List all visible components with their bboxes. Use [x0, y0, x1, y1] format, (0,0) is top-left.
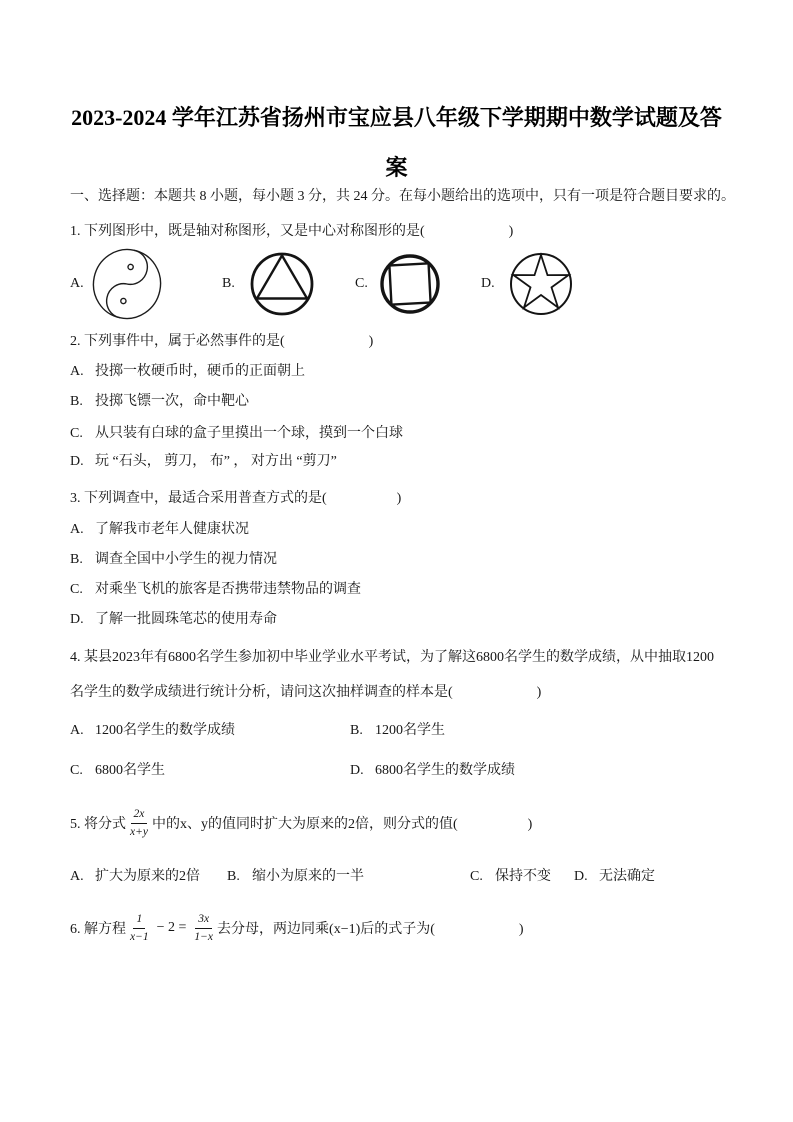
fraction-denominator: x−1 — [130, 929, 149, 944]
option-text: 6800名学生 — [95, 761, 165, 781]
q4-stem-line-1: 4. 某县2023年有6800名学生参加初中毕业学业水平考试，为了解这6800名… — [70, 648, 714, 668]
q3-option-c: C.对乘坐飞机的旅客是否携带违禁物品的调查 — [70, 580, 361, 600]
option-label: A. — [70, 362, 95, 382]
option-text: 了解我市老年人健康状况 — [95, 522, 249, 537]
option-text: 玩 “石头， 剪刀， 布” ， 对方出 “剪刀” — [95, 454, 337, 469]
q3-option-a: A.了解我市老年人健康状况 — [70, 520, 249, 540]
q1-options-row: A. B. C. — [70, 246, 573, 322]
q6-fraction-1: 1 x−1 — [130, 912, 149, 944]
q3-option-b: B.调查全国中小学生的视力情况 — [70, 550, 277, 570]
option-label: A. — [70, 721, 95, 741]
q6-stem-suffix: 去分母，两边同乘(x−1)后的式子为( ) — [217, 918, 524, 938]
q2-stem: 2. 下列事件中，属于必然事件的是( ) — [70, 332, 373, 352]
fraction-numerator: 1 — [133, 912, 145, 928]
option-text: 了解一批圆珠笔芯的使用寿命 — [95, 612, 277, 627]
q4-option-c: C.6800名学生 — [70, 761, 350, 781]
title-line-1: 2023-2024 学年江苏省扬州市宝应县八年级下学期期中数学试题及答 — [0, 93, 793, 143]
fraction-numerator: 3x — [195, 912, 212, 928]
q6-stem: 6. 解方程 1 x−1 − 2 = 3x 1−x 去分母，两边同乘(x−1)后… — [70, 911, 524, 945]
option-label: C. — [70, 424, 95, 444]
exam-document-page: 2023-2024 学年江苏省扬州市宝应县八年级下学期期中数学试题及答 案 一、… — [0, 0, 793, 1122]
q5-option-b: B.缩小为原来的一半 — [227, 867, 364, 887]
q1-option-a: A. — [70, 248, 162, 320]
option-label: A. — [70, 520, 95, 540]
title-line-2: 案 — [0, 143, 793, 193]
option-label: D. — [481, 276, 503, 292]
option-label: C. — [70, 761, 95, 781]
option-label: D. — [350, 761, 375, 781]
q3-stem: 3. 下列调查中，最适合采用普查方式的是( ) — [70, 489, 401, 509]
option-label: A. — [70, 276, 92, 292]
option-label: C. — [470, 867, 495, 887]
square-in-circle-icon — [380, 254, 440, 314]
option-text: 1200名学生 — [375, 721, 445, 741]
q2-option-a: A.投掷一枚硬币时，硬币的正面朝上 — [70, 362, 305, 382]
option-label: B. — [350, 721, 375, 741]
option-label: B. — [70, 392, 95, 412]
fraction-numerator: 2x — [131, 807, 148, 823]
option-label: B. — [70, 550, 95, 570]
option-text: 1200名学生的数学成绩 — [95, 721, 235, 741]
q6-stem-prefix: 6. 解方程 — [70, 918, 126, 938]
option-label: D. — [574, 867, 599, 887]
q4-options-grid: A.1200名学生的数学成绩 B.1200名学生 C.6800名学生 D.680… — [70, 721, 515, 781]
q5-fraction: 2x x+y — [130, 807, 148, 839]
q5-option-c: C.保持不变 — [470, 867, 551, 887]
triangle-in-circle-icon — [250, 252, 314, 316]
option-text: 保持不变 — [495, 867, 551, 887]
q5-options-row: A.扩大为原来的2倍 B.缩小为原来的一半 C.保持不变 D.无法确定 — [70, 867, 655, 887]
option-label: A. — [70, 867, 95, 887]
q1-option-c: C. — [355, 254, 440, 314]
option-label: C. — [355, 276, 377, 292]
taiji-yinyang-icon — [92, 248, 162, 320]
option-text: 扩大为原来的2倍 — [95, 867, 200, 887]
section-1-heading: 一、选择题：本题共 8 小题，每小题 3 分，共 24 分。在每小题给出的选项中… — [70, 187, 735, 207]
q6-fraction-2: 3x 1−x — [194, 912, 213, 944]
option-label: D. — [70, 610, 95, 630]
q2-option-d: D.玩 “石头， 剪刀， 布” ， 对方出 “剪刀” — [70, 452, 337, 472]
q2-option-b: B.投掷飞镖一次，命中靶心 — [70, 392, 249, 412]
star-in-circle-icon — [509, 252, 573, 316]
q1-option-b: B. — [222, 252, 314, 316]
option-label: D. — [70, 452, 95, 472]
option-label: B. — [227, 867, 252, 887]
option-text: 无法确定 — [599, 867, 655, 887]
q1-option-d: D. — [481, 252, 573, 316]
q4-stem-line-2: 名学生的数学成绩进行统计分析，请问这次抽样调查的样本是( ) — [70, 683, 541, 703]
option-text: 投掷飞镖一次，命中靶心 — [95, 394, 249, 409]
q6-equation-middle: − 2 = — [157, 920, 187, 936]
q4-option-b: B.1200名学生 — [350, 721, 515, 741]
q2-option-c: C.从只装有白球的盒子里摸出一个球，摸到一个白球 — [70, 424, 403, 444]
option-text: 对乘坐飞机的旅客是否携带违禁物品的调查 — [95, 582, 361, 597]
document-title: 2023-2024 学年江苏省扬州市宝应县八年级下学期期中数学试题及答 案 — [0, 93, 793, 193]
option-text: 投掷一枚硬币时，硬币的正面朝上 — [95, 364, 305, 379]
option-label: B. — [222, 276, 244, 292]
option-text: 调查全国中小学生的视力情况 — [95, 552, 277, 567]
q1-stem: 1. 下列图形中，既是轴对称图形，又是中心对称图形的是( ) — [70, 222, 513, 242]
option-text: 从只装有白球的盒子里摸出一个球，摸到一个白球 — [95, 426, 403, 441]
fraction-denominator: x+y — [130, 824, 148, 839]
q4-option-a: A.1200名学生的数学成绩 — [70, 721, 350, 741]
option-text: 6800名学生的数学成绩 — [375, 761, 515, 781]
q3-option-d: D.了解一批圆珠笔芯的使用寿命 — [70, 610, 277, 630]
q5-stem: 5. 将分式 2x x+y 中的x、y的值同时扩大为原来的2倍，则分式的值( ) — [70, 806, 532, 840]
fraction-denominator: 1−x — [194, 929, 213, 944]
q5-stem-suffix: 中的x、y的值同时扩大为原来的2倍，则分式的值( ) — [152, 813, 532, 833]
q5-option-d: D.无法确定 — [574, 867, 655, 887]
option-label: C. — [70, 580, 95, 600]
q5-stem-prefix: 5. 将分式 — [70, 813, 126, 833]
option-text: 缩小为原来的一半 — [252, 867, 364, 887]
q5-option-a: A.扩大为原来的2倍 — [70, 867, 200, 887]
q4-option-d: D.6800名学生的数学成绩 — [350, 761, 515, 781]
